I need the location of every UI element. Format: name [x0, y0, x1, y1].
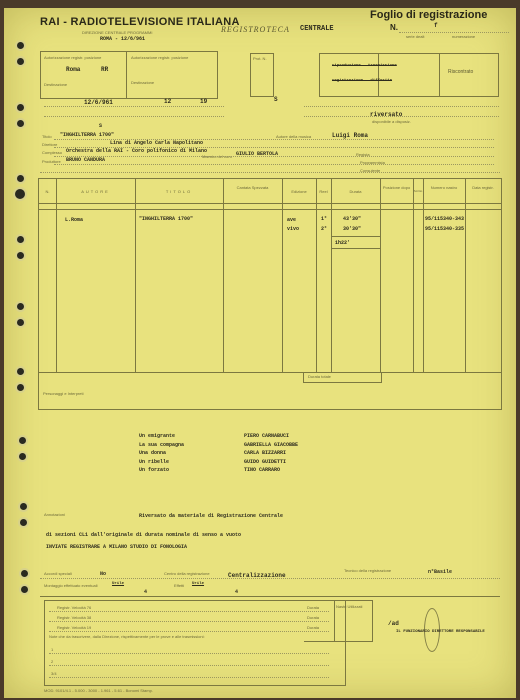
row1-edizione: ave [287, 217, 296, 223]
form-title: Foglio di registrazione [370, 9, 487, 21]
punch-hole-icon [17, 104, 24, 111]
punch-hole-icon [21, 570, 28, 577]
punch-hole-icon [17, 252, 24, 259]
nastri-side-box: Nastri Utilizzati [304, 600, 373, 642]
time-to: 19 [200, 98, 207, 105]
registroteca-label: REGISTROTECA [221, 25, 290, 34]
nastri-box: Registr. Velocità 76 Registr. Velocità 3… [44, 600, 346, 686]
author-value: Luigi Roma [332, 132, 368, 139]
punch-hole-icon [17, 319, 24, 326]
time-from: 12 [164, 98, 171, 105]
col-header-autore: AUTORE [56, 189, 135, 194]
notes-line-2: di sezioni CL1 dall'originale di durata … [46, 532, 241, 538]
punch-hole-icon [19, 437, 26, 444]
row2-durata: 30'30" [343, 226, 361, 232]
punch-hole-icon [17, 58, 24, 65]
punch-hole-icon [17, 368, 24, 375]
number-label: N. [390, 23, 398, 32]
punch-hole-icon [17, 120, 24, 127]
riscontrato-label: Riscontrato [448, 69, 473, 75]
row1-autore: L.Roma [65, 217, 83, 223]
protocol-value: S [274, 96, 278, 103]
tecnico-value: n°Basile [428, 569, 452, 575]
status-box: riproduzione - trasmissione registrazion… [319, 53, 499, 97]
accordi-value: No [100, 571, 106, 577]
punch-hole-icon [17, 384, 24, 391]
punch-hole-icon [17, 236, 24, 243]
number-sub-left: serie dealt [406, 34, 424, 39]
place-date: ROMA - 12/6/961 [100, 36, 145, 42]
form-code: MOD. 9101/4.1 - 5.000 - 3000 - 1.961 - 5… [44, 688, 153, 693]
row2-numero: 95/115340-335 [425, 226, 464, 232]
registration-date: 12/6/961 [84, 99, 113, 106]
registration-form-sheet: RAI - RADIOTELEVISIONE ITALIANA DIREZION… [4, 8, 516, 698]
signature-line: IL FUNZIONARIO DIRETTORE RESPONSABILE [396, 630, 485, 634]
punch-hole-icon [20, 519, 27, 526]
total-duration: 1h22' [335, 240, 350, 246]
col-header-titolo: TITOLO [135, 189, 223, 194]
row2-edizione: vivo [287, 226, 299, 232]
protocol-box: Prot. N. [250, 53, 274, 97]
registroteca-value: CENTRALE [300, 25, 334, 33]
title-value: "INGHILTERRA 1700" [60, 132, 114, 138]
punch-hole-icon [17, 42, 24, 49]
org-subtitle: DIREZIONE CENTRALE PROGRAMMI [82, 30, 152, 35]
row1-reel: 1° [321, 216, 327, 222]
notes-line-1: Riversato da materiale di Registrazione … [139, 513, 283, 519]
tracks-table: N. AUTORE TITOLO Cantata Spezzata Edizio… [38, 178, 502, 410]
row1-numero: 95/115340-343 [425, 216, 464, 222]
punch-hole-icon [15, 189, 25, 199]
interpreti-label: Personaggi e Interpreti [43, 391, 83, 396]
punch-hole-icon [17, 175, 24, 182]
notes-line-3: INVIATE REGISTRARE A MILANO STUDIO DI FO… [46, 544, 187, 550]
schedule-box: Autorizzazione registr. posizione Roma R… [40, 51, 218, 99]
actors-list: PIERO CARNABUCI GABRIELLA GIACOBBE CARLA… [244, 432, 298, 475]
orchestra-value: Orchestra della RAI - Coro polifonico di… [66, 148, 207, 154]
producer-value: BRUNO CANDURA [66, 157, 105, 163]
roles-list: Un emigrante La sua compagna Una donna U… [139, 432, 184, 475]
row2-reel: 2° [321, 226, 327, 232]
director-value: Lina di Angelo Carla Napolitano [110, 140, 203, 146]
schedule-left-value: Roma [66, 66, 80, 73]
number-sub-right: numerazione [452, 34, 475, 39]
punch-hole-icon [17, 303, 24, 310]
n-value: S [99, 123, 102, 129]
row1-titolo: "INGHILTERRA 1700" [139, 216, 193, 222]
signature-prefix: /ad [388, 620, 399, 627]
durata-totale-label: Durata totale [308, 374, 331, 379]
number-value: f [434, 22, 438, 29]
punch-hole-icon [21, 586, 28, 593]
punch-hole-icon [20, 503, 27, 510]
notes-label: Annotazioni [44, 512, 65, 517]
row1-durata: 43'30" [343, 216, 361, 222]
punch-hole-icon [19, 453, 26, 460]
org-name: RAI - RADIOTELEVISIONE ITALIANA [40, 16, 240, 28]
